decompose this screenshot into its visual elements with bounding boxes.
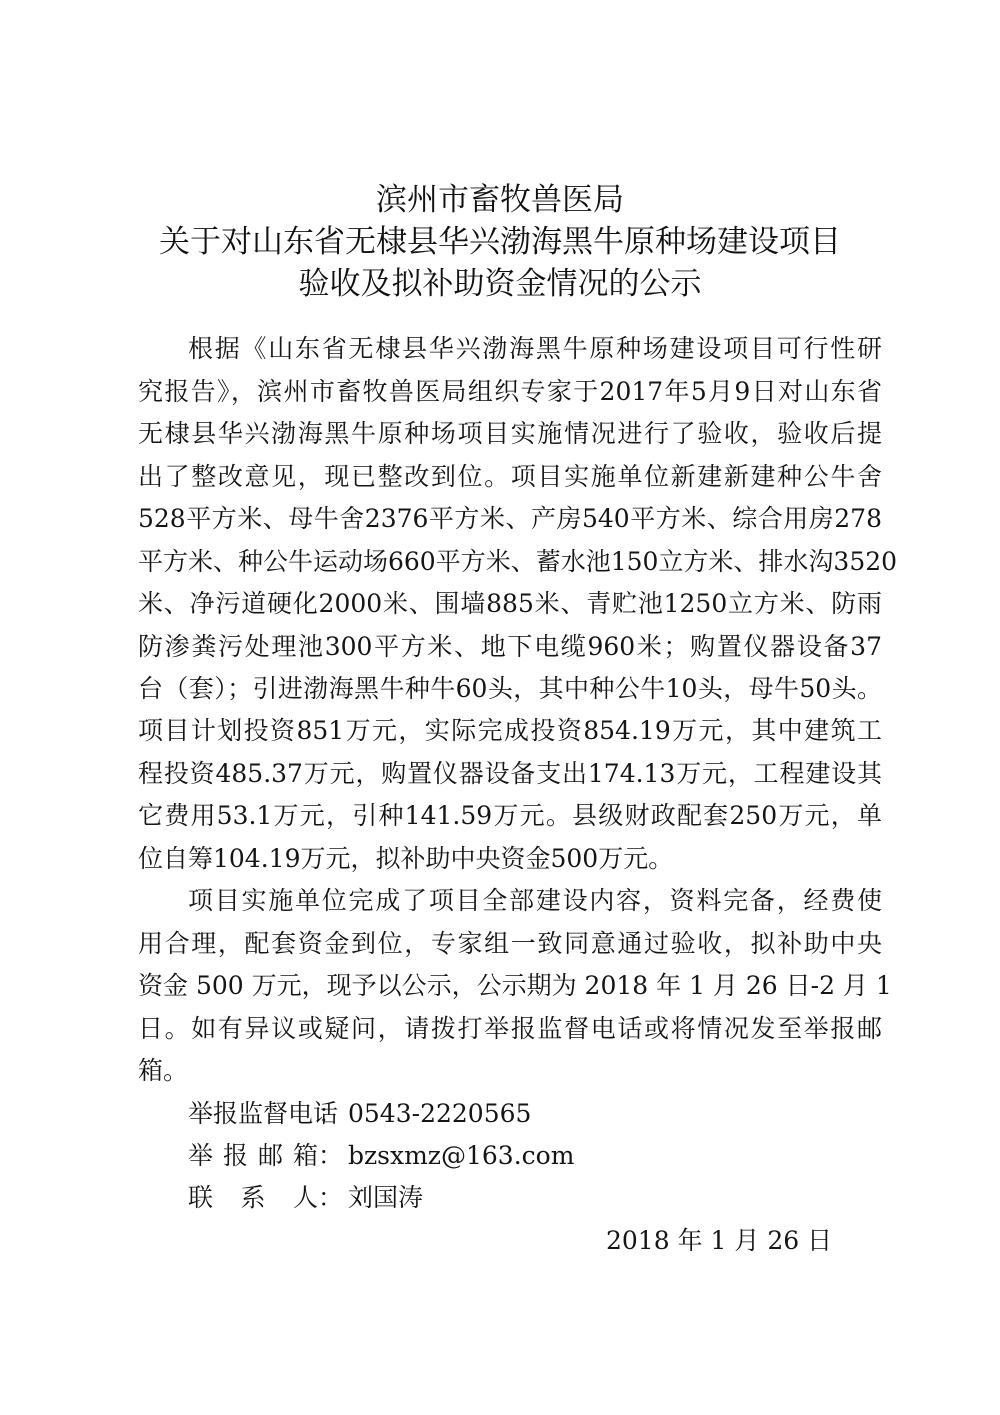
contact-email-value: bzsxmz@163.com xyxy=(348,1141,574,1170)
document-page: 滨州市畜牧兽医局 关于对山东省无棣县华兴渤海黑牛原种场建设项目 验收及拟补助资金… xyxy=(0,0,1000,1415)
contact-phone-value: 0543-2220565 xyxy=(348,1099,531,1128)
text-line: 项目计划投资851万元，实际完成投资854.19万元，其中建筑工 xyxy=(138,710,882,752)
text-line: 米、净污道硬化2000米、围墙885米、青贮池1250立方米、防雨 xyxy=(138,583,882,625)
colon: ： xyxy=(318,1177,348,1219)
contact-person-value: 刘国涛 xyxy=(348,1183,423,1212)
text-line: 箱。 xyxy=(138,1050,882,1092)
text-line: 程投资485.37万元，购置仪器设备支出174.13万元，工程建设其 xyxy=(138,753,882,795)
title-subject-line-2: 验收及拟补助资金情况的公示 xyxy=(0,263,1000,305)
text-line: 528平方米、母牛舍2376平方米、产房540平方米、综合用房278 xyxy=(138,498,882,540)
colon: ： xyxy=(318,1135,348,1177)
text-line: 出了整改意见，现已整改到位。项目实施单位新建新建种公牛舍 xyxy=(138,456,882,498)
text-line: 无棣县华兴渤海黑牛原种场项目实施情况进行了验收，验收后提 xyxy=(138,413,882,455)
colon: ： xyxy=(318,1093,348,1135)
text-line: 位自筹104.19万元，拟补助中央资金500万元。 xyxy=(138,838,882,880)
contact-phone: 举报监督电话：0543-2220565 xyxy=(188,1093,531,1135)
text-line: 资金 500 万元，现予以公示，公示期为 2018 年 1 月 26 日-2 月… xyxy=(138,965,882,1007)
document-date: 2018 年 1 月 26 日 xyxy=(606,1220,832,1262)
text-line: 项目实施单位完成了项目全部建设内容，资料完备，经费使 xyxy=(188,880,882,922)
text-line: 究报告》，滨州市畜牧兽医局组织专家于2017年5月9日对山东省 xyxy=(138,371,882,413)
contact-phone-label: 举报监督电话 xyxy=(188,1093,318,1135)
title-issuer: 滨州市畜牧兽医局 xyxy=(0,179,1000,221)
title-subject-line-1: 关于对山东省无棣县华兴渤海黑牛原种场建设项目 xyxy=(0,221,1000,263)
text-line: 日。如有异议或疑问，请拨打举报监督电话或将情况发至举报邮 xyxy=(138,1008,882,1050)
contact-email: 举报邮箱：bzsxmz@163.com xyxy=(188,1135,574,1177)
contact-email-label: 举报邮箱 xyxy=(188,1135,318,1177)
text-line: 它费用53.1万元，引种141.59万元。县级财政配套250万元，单 xyxy=(138,795,882,837)
text-line: 台（套）；引进渤海黑牛种牛60头，其中种公牛10头，母牛50头。 xyxy=(138,668,882,710)
text-line: 防渗粪污处理池300平方米、地下电缆960米；购置仪器设备37 xyxy=(138,626,882,668)
text-line: 根据《山东省无棣县华兴渤海黑牛原种场建设项目可行性研 xyxy=(188,328,882,370)
contact-person: 联系人：刘国涛 xyxy=(188,1177,423,1219)
text-line: 平方米、种公牛运动场660平方米、蓄水池150立方米、排水沟3520 xyxy=(138,541,882,583)
text-line: 用合理，配套资金到位，专家组一致同意通过验收，拟补助中央 xyxy=(138,923,882,965)
contact-person-label: 联系人 xyxy=(188,1177,318,1219)
